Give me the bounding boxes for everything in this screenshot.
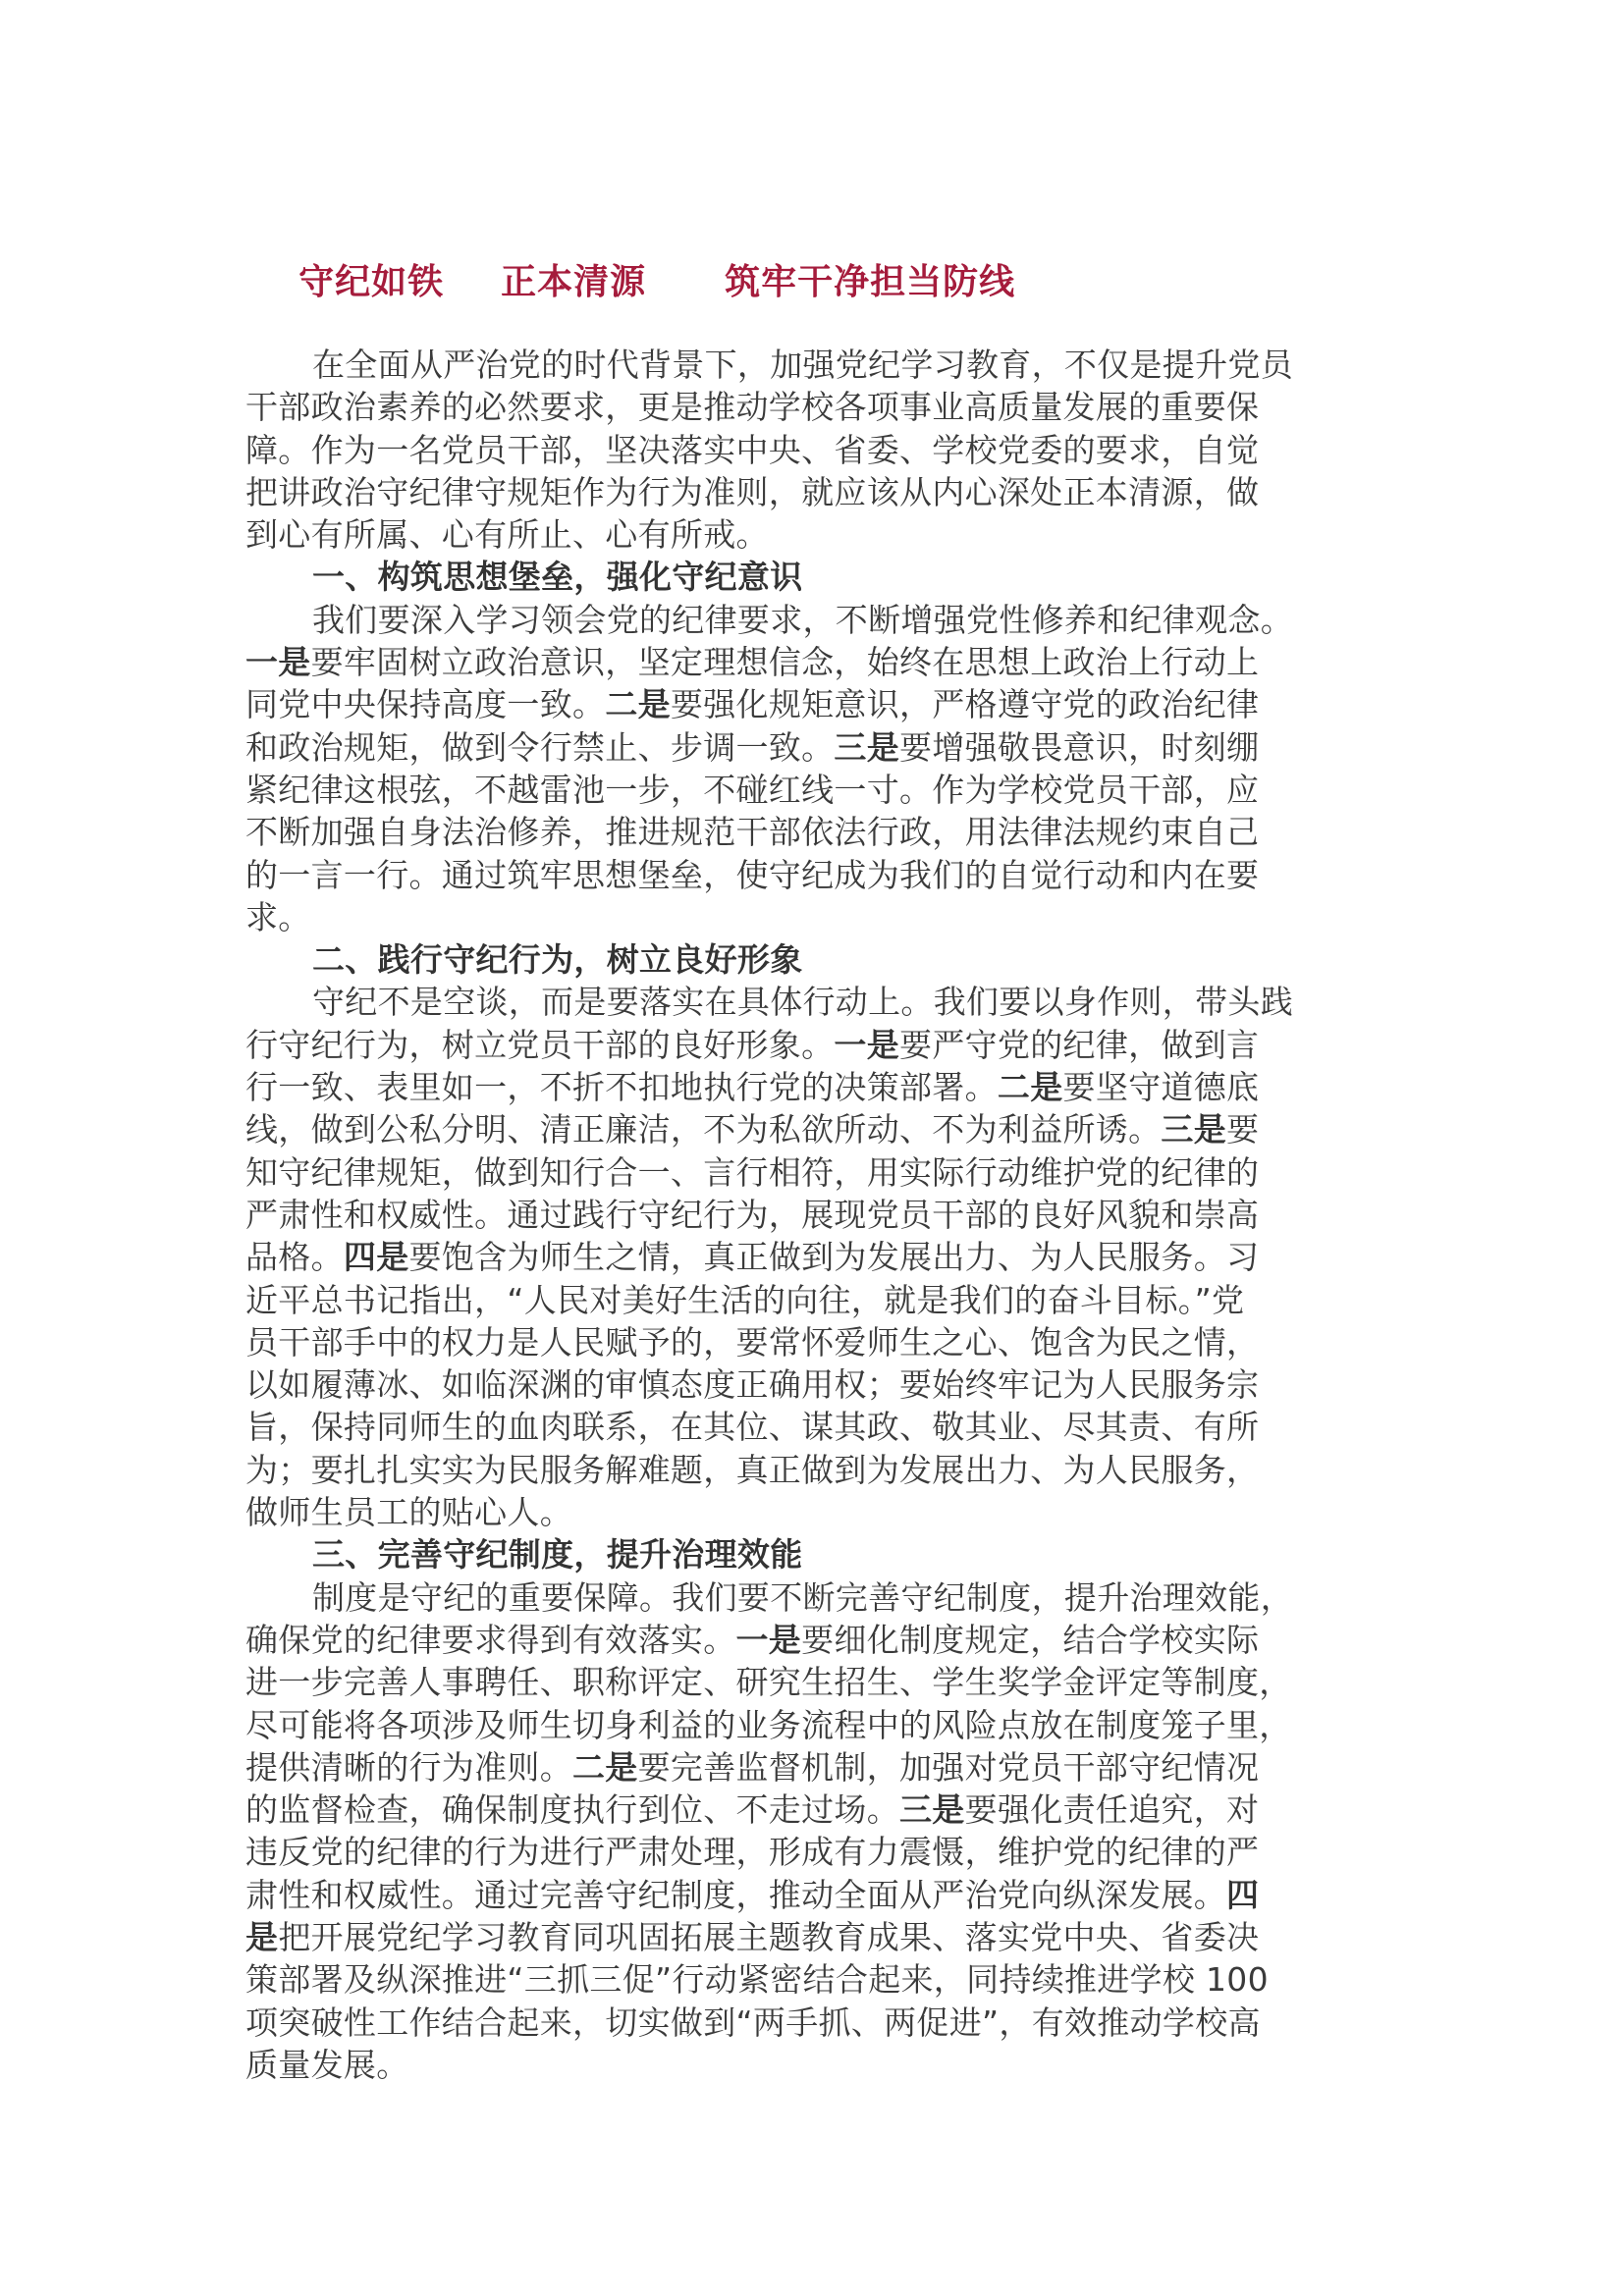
intro-line: 在全面从严治党的时代背景下，加强党纪学习教育，不仅是提升党员 xyxy=(245,344,1384,386)
section-1-line: 求。 xyxy=(245,896,1384,938)
section-2-line: 行守纪行为，树立党员干部的良好形象。一是要严守党的纪律，做到言 xyxy=(245,1024,1384,1066)
title-part-2: 正本清源 xyxy=(501,254,646,304)
section-2-line: 为；要扎扎实实为民服务解难题，真正做到为发展出力、为人民服务， xyxy=(245,1449,1384,1491)
point-label: 三是 xyxy=(1161,1110,1226,1148)
section-1-line: 同党中央保持高度一致。二是要强化规矩意识，严格遵守党的政治纪律 xyxy=(245,683,1384,725)
point-label: 四是 xyxy=(344,1238,409,1276)
point-label: 三是 xyxy=(834,728,899,767)
point-label: 四 xyxy=(1226,1876,1259,1914)
section-3-line: 制度是守纪的重要保障。我们要不断完善守纪制度，提升治理效能， xyxy=(245,1576,1384,1619)
section-3-line: 违反党的纪律的行为进行严肃处理，形成有力震慑，维护党的纪律的严 xyxy=(245,1831,1384,1873)
section-3-line: 提供清晰的行为准则。二是要完善监督机制，加强对党员干部守纪情况 xyxy=(245,1746,1384,1789)
section-3-line: 的监督检查，确保制度执行到位、不走过场。三是要强化责任追究，对 xyxy=(245,1789,1384,1831)
document-title: 守纪如铁正本清源筑牢干净担当防线 xyxy=(245,214,1015,345)
point-label: 一是 xyxy=(245,643,311,681)
document-body: 在全面从严治党的时代背景下，加强党纪学习教育，不仅是提升党员 干部政治素养的必然… xyxy=(245,344,1384,2086)
intro-line: 到心有所属、心有所止、心有所戒。 xyxy=(245,513,1384,556)
section-3-line: 尽可能将各项涉及师生切身利益的业务流程中的风险点放在制度笼子里， xyxy=(245,1704,1384,1746)
section-1-line: 和政治规矩，做到令行禁止、步调一致。三是要增强敬畏意识，时刻绷 xyxy=(245,726,1384,769)
section-2-line: 员干部手中的权力是人民赋予的，要常怀爱师生之心、饱含为民之情， xyxy=(245,1321,1384,1363)
section-3-line: 确保党的纪律要求得到有效落实。一是要细化制度规定，结合学校实际 xyxy=(245,1619,1384,1661)
document-page: 守纪如铁正本清源筑牢干净担当防线 在全面从严治党的时代背景下，加强党纪学习教育，… xyxy=(0,0,1624,2296)
point-label: 一是 xyxy=(736,1621,802,1659)
intro-line: 把讲政治守纪律守规矩作为行为准则，就应该从内心深处正本清源，做 xyxy=(245,471,1384,513)
section-2-heading: 二、践行守纪行为，树立良好形象 xyxy=(245,938,1384,981)
section-1-line: 紧纪律这根弦，不越雷池一步，不碰红线一寸。作为学校党员干部，应 xyxy=(245,769,1384,811)
section-2-line: 线，做到公私分明、清正廉洁，不为私欲所动、不为利益所诱。三是要 xyxy=(245,1108,1384,1150)
section-2-line: 守纪不是空谈，而是要落实在具体行动上。我们要以身作则，带头践 xyxy=(245,981,1384,1023)
title-part-1: 守纪如铁 xyxy=(298,254,444,304)
section-3-line: 策部署及纵深推进“三抓三促”行动紧密结合起来，同持续推进学校 100 xyxy=(245,1958,1384,2001)
point-label: 三是 xyxy=(899,1790,965,1829)
section-2-line: 做师生员工的贴心人。 xyxy=(245,1491,1384,1533)
point-label: 二是 xyxy=(605,685,671,723)
point-label: 二是 xyxy=(998,1068,1063,1106)
section-1-heading: 一、构筑思想堡垒，强化守纪意识 xyxy=(245,556,1384,598)
point-label: 二是 xyxy=(572,1748,638,1787)
title-part-3: 筑牢干净担当防线 xyxy=(725,254,1015,304)
section-3-line: 项突破性工作结合起来，切实做到“两手抓、两促进”，有效推动学校高 xyxy=(245,2002,1384,2044)
section-3-line: 肃性和权威性。通过完善守纪制度，推动全面从严治党向纵深发展。四 xyxy=(245,1874,1384,1916)
section-1-line: 一是要牢固树立政治意识，坚定理想信念，始终在思想上政治上行动上 xyxy=(245,641,1384,683)
section-3-line: 质量发展。 xyxy=(245,2044,1384,2086)
section-2-line: 品格。四是要饱含为师生之情，真正做到为发展出力、为人民服务。习 xyxy=(245,1236,1384,1278)
section-2-line: 旨，保持同师生的血肉联系，在其位、谋其政、敬其业、尽其责、有所 xyxy=(245,1406,1384,1448)
section-3-heading: 三、完善守纪制度，提升治理效能 xyxy=(245,1533,1384,1575)
section-3-line: 进一步完善人事聘任、职称评定、研究生招生、学生奖学金评定等制度， xyxy=(245,1661,1384,1703)
point-label: 一是 xyxy=(834,1026,899,1064)
section-3-line: 是把开展党纪学习教育同巩固拓展主题教育成果、落实党中央、省委决 xyxy=(245,1916,1384,1958)
section-2-line: 以如履薄冰、如临深渊的审慎态度正确用权；要始终牢记为人民服务宗 xyxy=(245,1363,1384,1406)
section-2-line: 行一致、表里如一，不折不扣地执行党的决策部署。二是要坚守道德底 xyxy=(245,1066,1384,1108)
point-label: 是 xyxy=(245,1918,278,1956)
section-2-line: 近平总书记指出，“人民对美好生活的向往，就是我们的奋斗目标。”党 xyxy=(245,1279,1384,1321)
section-1-line: 我们要深入学习领会党的纪律要求，不断增强党性修养和纪律观念。 xyxy=(245,599,1384,641)
section-1-line: 不断加强自身法治修养，推进规范干部依法行政，用法律法规约束自己 xyxy=(245,811,1384,853)
intro-line: 障。作为一名党员干部，坚决落实中央、省委、学校党委的要求，自觉 xyxy=(245,429,1384,471)
intro-line: 干部政治素养的必然要求，更是推动学校各项事业高质量发展的重要保 xyxy=(245,386,1384,428)
section-1-line: 的一言一行。通过筑牢思想堡垒，使守纪成为我们的自觉行动和内在要 xyxy=(245,854,1384,896)
section-2-line: 知守纪律规矩，做到知行合一、言行相符，用实际行动维护党的纪律的 xyxy=(245,1151,1384,1194)
section-2-line: 严肃性和权威性。通过践行守纪行为，展现党员干部的良好风貌和崇高 xyxy=(245,1194,1384,1236)
